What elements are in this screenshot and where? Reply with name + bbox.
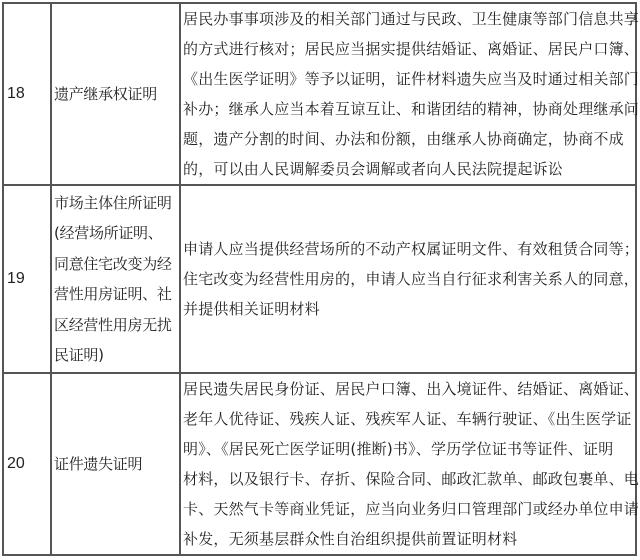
row-number: 18 [7, 85, 25, 103]
certificate-name-line: 民证明) [54, 340, 172, 371]
description-line: 补办；继承人应当本着互谅互让、和谐团结的精神，协商处理继承问 [183, 94, 639, 124]
certificate-name-line: 同意住宅改变为经 [54, 249, 172, 280]
certificate-name-cell: 证件遗失证明 [52, 374, 181, 554]
description-line: 明》、《居民死亡医学证明(推断)书》、学历学位证书等证件、证明 [183, 434, 639, 464]
description-line: 《出生医学证明》等予以证明，证件材料遗失应当及时通过相关部门 [183, 64, 639, 94]
row-number-cell: 18 [4, 4, 52, 184]
description-line: 的方式进行核对；居民应当据实提供结婚证、离婚证、居民户口簿、 [183, 34, 639, 64]
description-line: 的，可以由人民调解委员会调解或者向人民法院提起诉讼 [183, 154, 639, 184]
description-line: 老年人优待证、残疾人证、残疾军人证、车辆行驶证、《出生医学证 [183, 404, 639, 434]
table-row: 20 证件遗失证明 居民遗失居民身份证、居民户口簿、出入境证件、结婚证、离婚证、… [4, 374, 635, 554]
certificate-name-cell: 遗产继承权证明 [52, 4, 181, 184]
row-number-cell: 20 [4, 374, 52, 554]
description-line: 并提供相关证明材料 [183, 294, 639, 324]
certificate-name-line: 区经营性用房无扰 [54, 310, 172, 341]
description-cell: 居民遗失居民身份证、居民户口簿、出入境证件、结婚证、离婚证、 老年人优待证、残疾… [181, 374, 635, 554]
description-line: 住宅改变为经营性用房的，申请人应当自行征求利害关系人的同意， [183, 264, 639, 294]
description-line: 题，遗产分割的时间、办法和份额，由继承人协商确定，协商不成 [183, 124, 639, 154]
description-line: 申请人应当提供经营场所的不动产权属证明文件、有效租赁合同等； [183, 234, 639, 264]
certificate-name-line: 市场主体住所证明 [54, 188, 172, 219]
description-line: 卡、天然气卡等商业凭证，应当向业务归口管理部门或经办单位申请 [183, 494, 639, 524]
description-line: 补发，无须基层群众性自治组织提供前置证明材料 [183, 524, 639, 554]
certificate-name-line: (经营场所证明、 [54, 218, 172, 249]
description-line: 材料，以及银行卡、存折、保险合同、邮政汇款单、邮政包裹单、电 [183, 464, 639, 494]
table-row: 18 遗产继承权证明 居民办事事项涉及的相关部门通过与民政、卫生健康等部门信息共… [4, 4, 635, 186]
certificate-name-line: 营性用房证明、社 [54, 279, 172, 310]
description-cell: 申请人应当提供经营场所的不动产权属证明文件、有效租赁合同等； 住宅改变为经营性用… [181, 186, 635, 372]
row-number: 19 [7, 270, 25, 288]
certificate-name-cell: 市场主体住所证明 (经营场所证明、 同意住宅改变为经 营性用房证明、社 区经营性… [52, 186, 181, 372]
certificate-name-line: 证件遗失证明 [54, 449, 142, 480]
certificate-name-line: 遗产继承权证明 [54, 79, 157, 110]
row-number: 20 [7, 455, 25, 473]
description-line: 居民遗失居民身份证、居民户口簿、出入境证件、结婚证、离婚证、 [183, 374, 639, 404]
certificate-table: 18 遗产继承权证明 居民办事事项涉及的相关部门通过与民政、卫生健康等部门信息共… [2, 2, 637, 556]
description-line: 居民办事事项涉及的相关部门通过与民政、卫生健康等部门信息共享 [183, 4, 639, 34]
table-row: 19 市场主体住所证明 (经营场所证明、 同意住宅改变为经 营性用房证明、社 区… [4, 186, 635, 374]
row-number-cell: 19 [4, 186, 52, 372]
description-cell: 居民办事事项涉及的相关部门通过与民政、卫生健康等部门信息共享 的方式进行核对；居… [181, 4, 635, 184]
